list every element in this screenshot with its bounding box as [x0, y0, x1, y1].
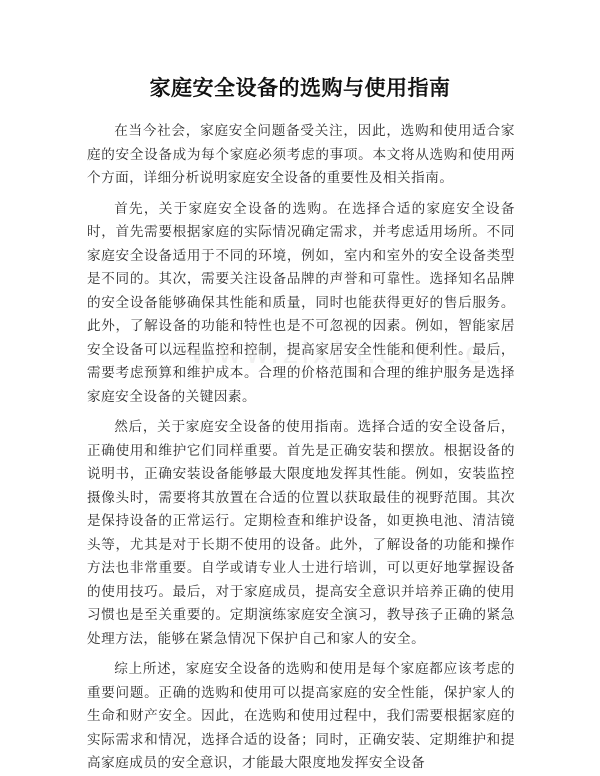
- document-body: 在当今社会，家庭安全问题备受关注，因此，选购和使用适合家庭的安全设备成为每个家庭…: [87, 120, 515, 776]
- document-page: 家庭安全设备的选购与使用指南 在当今社会，家庭安全问题备受关注，因此，选购和使用…: [0, 0, 600, 776]
- paragraph-conclusion: 综上所述，家庭安全设备的选购和使用是每个家庭都应该考虑的重要问题。正确的选购和使…: [87, 658, 515, 776]
- document-title: 家庭安全设备的选购与使用指南: [0, 72, 600, 102]
- paragraph-usage: 然后，关于家庭安全设备的使用指南。选择合适的安全设备后，正确使用和维护它们同样重…: [87, 416, 515, 651]
- paragraph-intro: 在当今社会，家庭安全问题备受关注，因此，选购和使用适合家庭的安全设备成为每个家庭…: [87, 120, 515, 191]
- paragraph-purchase: 首先，关于家庭安全设备的选购。在选择合适的家庭安全设备时，首先需要根据家庭的实际…: [87, 198, 515, 410]
